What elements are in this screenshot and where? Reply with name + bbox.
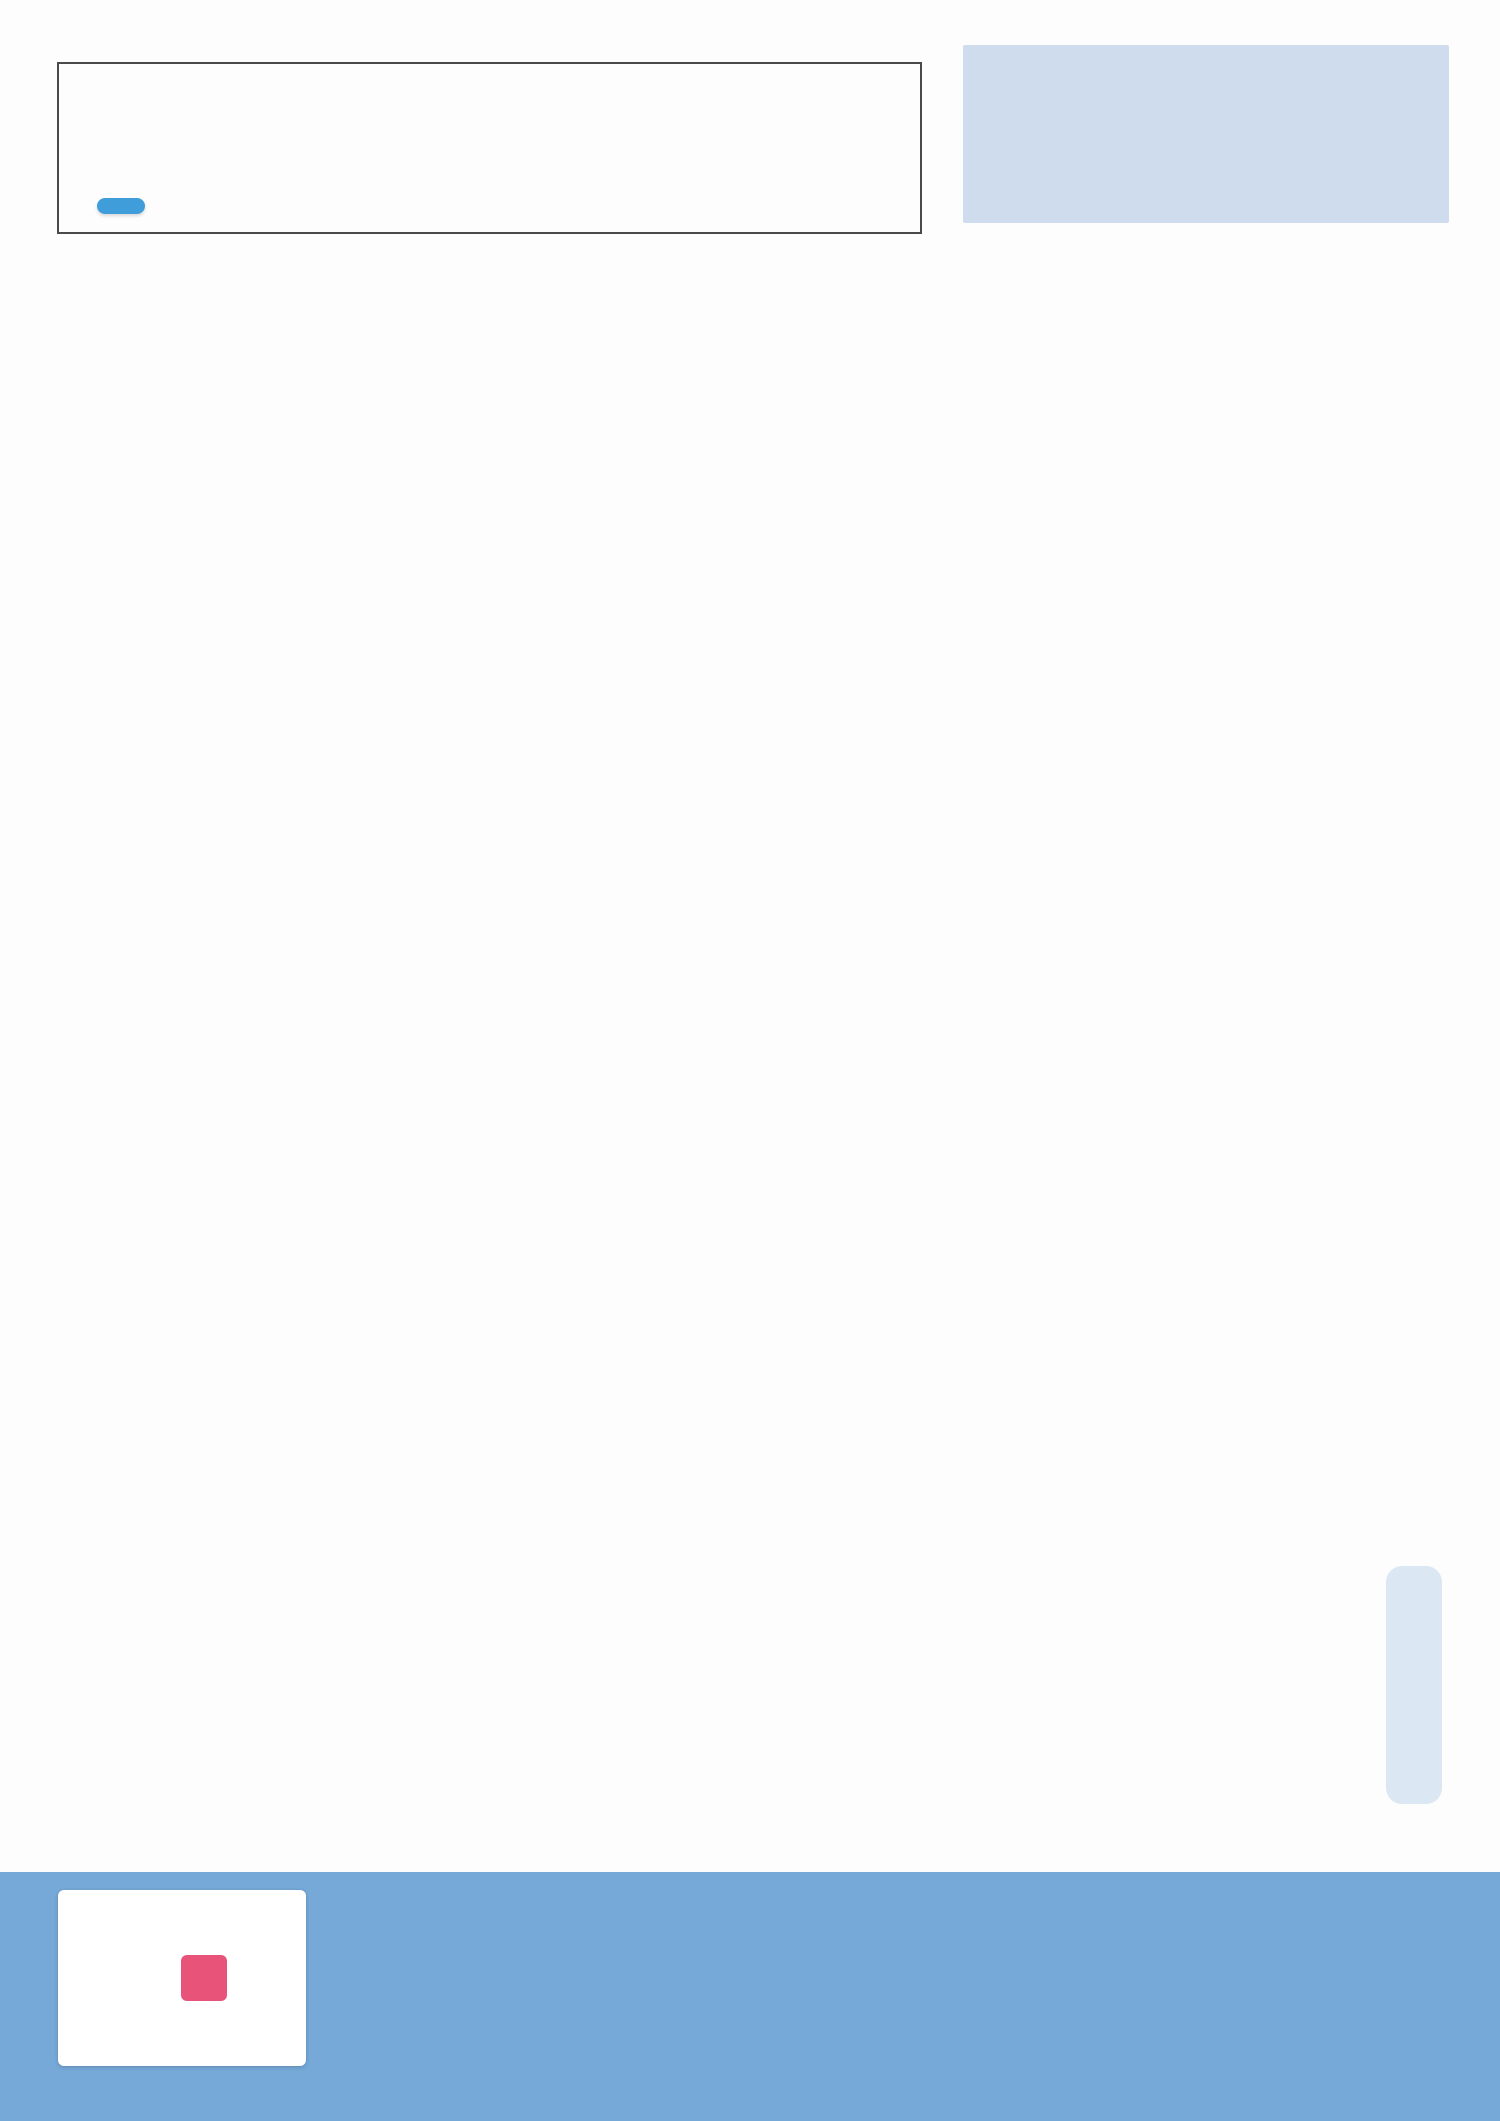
page-number-tab (1386, 1566, 1442, 1804)
qr-center-logo (181, 1955, 227, 2001)
wave-border (0, 1838, 1500, 1878)
arrangement-info-box (963, 45, 1449, 223)
brand-badge (97, 198, 145, 214)
title-box (57, 62, 922, 234)
chord-sheet-page (0, 0, 1500, 2121)
